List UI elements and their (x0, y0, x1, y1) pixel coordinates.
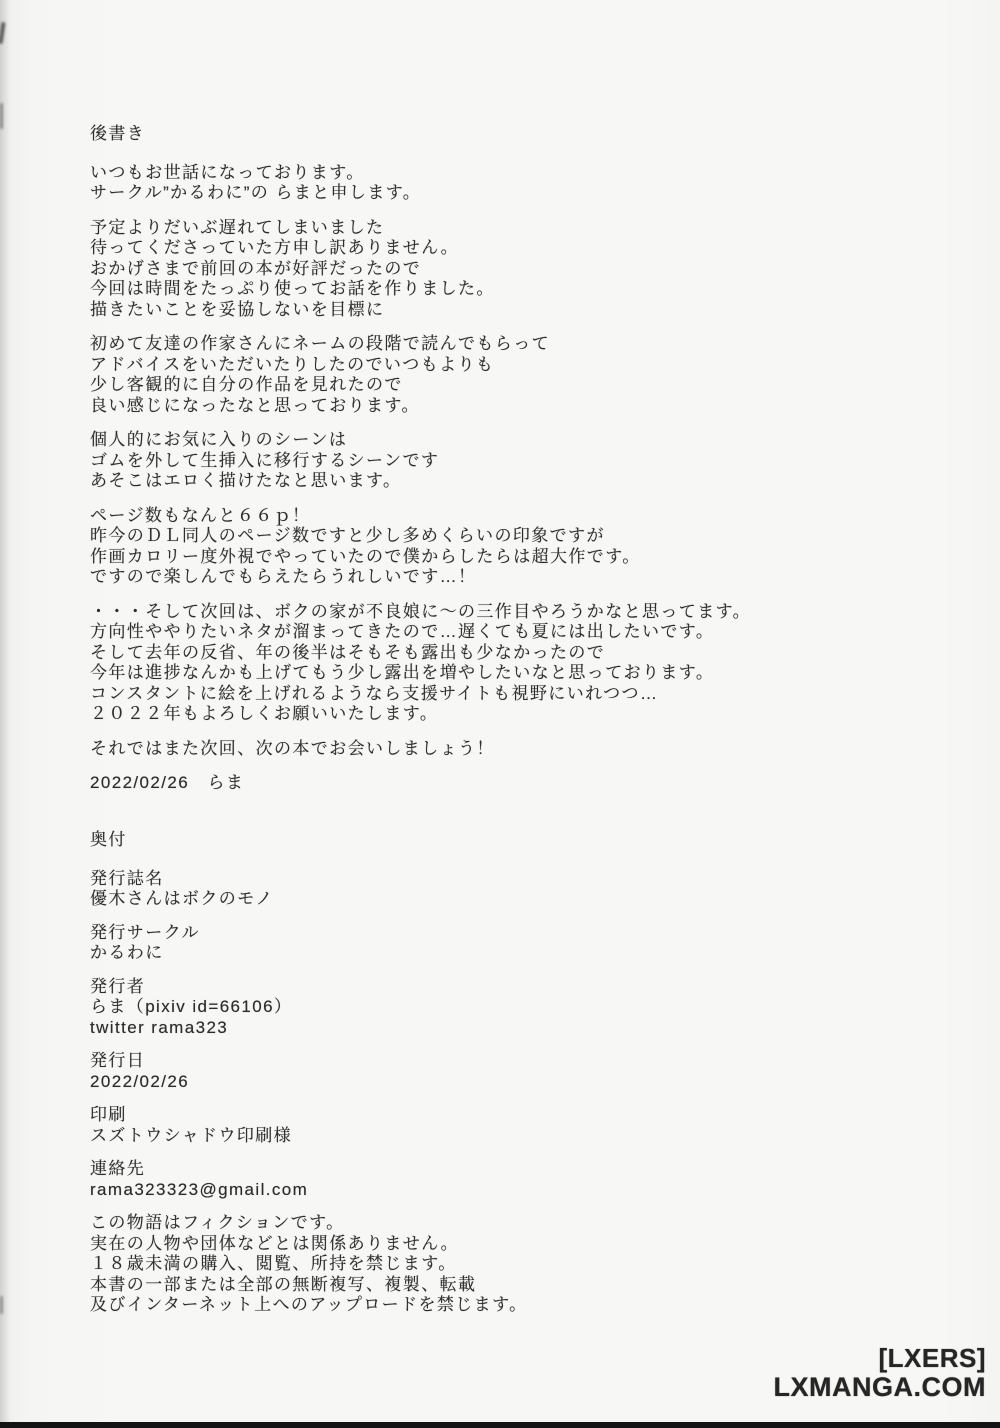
scan-left-shade (0, 0, 10, 1428)
scanned-colophon-page: 後書き いつもお世話になっております。サークル”かるわに”の らまと申します。 … (0, 0, 1000, 1428)
colophon-entry-label: 発行誌名 (90, 869, 920, 890)
afterword-paragraph: 2022/02/26 らま (90, 773, 920, 794)
colophon-entry-value: 2022/02/26 (90, 1072, 920, 1093)
disclaimer-line: この物語はフィクションです。 (90, 1213, 920, 1234)
disclaimer-line: 実在の人物や団体などとは関係ありません。 (90, 1234, 920, 1255)
colophon-entry: 印刷 スズトウシャドウ印刷様 (90, 1105, 920, 1146)
disclaimer-line: 本書の一部または全部の無断複写、複製、転載 (90, 1275, 920, 1296)
colophon-entry-value: かるわに (90, 943, 920, 964)
afterword-paragraph: それではまた次回、次の本でお会いしましょう！ (90, 739, 920, 760)
colophon-entry-label: 連絡先 (90, 1159, 920, 1180)
afterword-section: 後書き いつもお世話になっております。サークル”かるわに”の らまと申します。 … (90, 124, 920, 808)
watermark-group-name: [LXERS] (774, 1344, 986, 1373)
afterword-paragraph: ・・・そして次回は、ボクの家が不良娘に～の三作目やろうかなと思ってます。方向性や… (90, 602, 920, 725)
colophon-entry: 発行サークル かるわに (90, 923, 920, 964)
colophon-entry: 発行誌名 優木さんはボクのモノ (90, 869, 920, 910)
afterword-paragraph: ページ数もなんと６６ｐ！昨今のＤＬ同人のページ数ですと少し多めくらいの印象ですが… (90, 506, 920, 588)
scan-artifact (0, 1296, 3, 1314)
afterword-paragraph: 初めて友達の作家さんにネームの段階で読んでもらってアドバイスをいただいたりしたの… (90, 334, 920, 416)
colophon-entry-label: 印刷 (90, 1105, 920, 1126)
afterword-paragraphs: いつもお世話になっております。サークル”かるわに”の らまと申します。 予定より… (90, 163, 920, 794)
colophon-title: 奥付 (90, 830, 920, 851)
watermark-site-name: LXMANGA.COM (774, 1373, 986, 1402)
afterword-paragraph: 予定よりだいぶ遅れてしまいました待ってくださっていた方申し訳ありません。おかげさ… (90, 218, 920, 321)
colophon-entry-value: rama323323@gmail.com (90, 1180, 920, 1201)
colophon-entry-value: 優木さんはボクのモノ (90, 889, 920, 910)
colophon-entry: 発行者 らま（pixiv id=66106）twitter rama323 (90, 977, 920, 1039)
colophon-entry-value: らま（pixiv id=66106）twitter rama323 (90, 997, 920, 1038)
colophon-entry-value: スズトウシャドウ印刷様 (90, 1126, 920, 1147)
colophon-entry-label: 発行日 (90, 1051, 920, 1072)
afterword-paragraph: 個人的にお気に入りのシーンはゴムを外して生挿入に移行するシーンですあそこはエロく… (90, 430, 920, 492)
colophon-entry-label: 発行サークル (90, 923, 920, 944)
scan-bottom-edge (0, 1422, 1000, 1428)
afterword-title: 後書き (90, 124, 920, 145)
colophon-entry: 発行日 2022/02/26 (90, 1051, 920, 1092)
scan-artifact (0, 103, 3, 129)
colophon-entries: 発行誌名 優木さんはボクのモノ 発行サークル かるわに 発行者 らま（pixiv… (90, 869, 920, 1201)
colophon-section: 奥付 発行誌名 優木さんはボクのモノ 発行サークル かるわに 発行者 らま（pi… (90, 830, 920, 1316)
watermark: [LXERS] LXMANGA.COM (774, 1344, 986, 1402)
disclaimer-text: この物語はフィクションです。 実在の人物や団体などとは関係ありません。 １８歳未… (90, 1213, 920, 1316)
disclaimer-line: １８歳未満の購入、閲覧、所持を禁じます。 (90, 1254, 920, 1275)
disclaimer-line: 及びインターネット上へのアップロードを禁じます。 (90, 1295, 920, 1316)
afterword-paragraph: いつもお世話になっております。サークル”かるわに”の らまと申します。 (90, 163, 920, 204)
colophon-entry: 連絡先 rama323323@gmail.com (90, 1159, 920, 1200)
colophon-entry-label: 発行者 (90, 977, 920, 998)
